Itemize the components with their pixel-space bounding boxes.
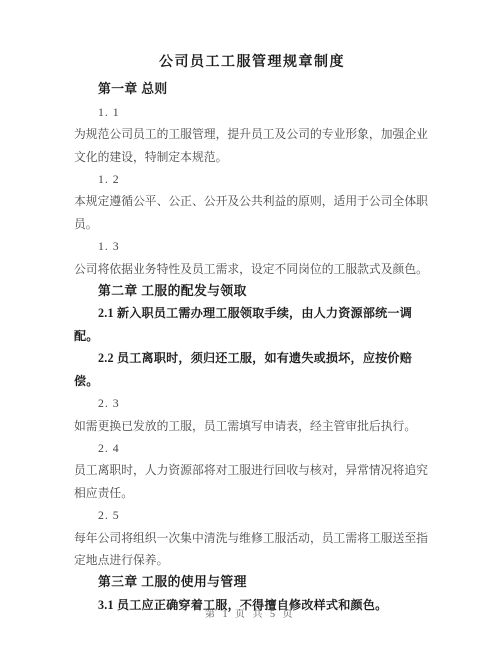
document-title: 公司员工工服管理规章制度 bbox=[74, 52, 430, 74]
clause-1-2-text: 本规定遵循公平、公正、公开及公共利益的原则，适用于公司全体职员。 bbox=[74, 190, 430, 235]
clause-1-1-text: 为规范公司员工的工服管理，提升员工及公司的专业形象，加强企业文化的建设，特制定本… bbox=[74, 123, 430, 168]
chapter-2-heading: 第二章 工服的配发与领取 bbox=[74, 280, 430, 302]
clause-2-5-text: 每年公司将组织一次集中清洗与维修工服活动，员工需将工服送至指定地点进行保养。 bbox=[74, 527, 430, 572]
clause-2-5-number: 2. 5 bbox=[74, 504, 430, 526]
clause-1-1-number: 1. 1 bbox=[74, 101, 430, 123]
chapter-3-heading: 第三章 工服的使用与管理 bbox=[74, 571, 430, 593]
clause-1-2-number: 1. 2 bbox=[74, 168, 430, 190]
chapter-1-heading: 第一章 总则 bbox=[74, 78, 430, 100]
page-footer: 第 1 页 共 5 页 bbox=[0, 605, 500, 620]
clause-2-3-text: 如需更换已发放的工服，员工需填写申请表，经主管审批后执行。 bbox=[74, 415, 430, 437]
clause-2-3-number: 2. 3 bbox=[74, 392, 430, 414]
document-content: 公司员工工服管理规章制度 第一章 总则 1. 1 为规范公司员工的工服管理，提升… bbox=[74, 0, 430, 616]
clause-1-3-number: 1. 3 bbox=[74, 235, 430, 257]
clause-2-2-text: 2.2 员工离职时，须归还工服，如有遗失或损坏，应按价赔偿。 bbox=[74, 347, 430, 392]
clause-2-4-number: 2. 4 bbox=[74, 437, 430, 459]
clause-1-3-text: 公司将依据业务特性及员工需求，设定不同岗位的工服款式及颜色。 bbox=[74, 258, 430, 280]
document-page: 公司员工工服管理规章制度 第一章 总则 1. 1 为规范公司员工的工服管理，提升… bbox=[0, 0, 500, 647]
clause-2-1-text: 2.1 新入职员工需办理工服领取手续，由人力资源部统一调配。 bbox=[74, 302, 430, 347]
clause-2-4-text: 员工离职时，人力资源部将对工服进行回收与核对，异常情况将追究相应责任。 bbox=[74, 459, 430, 504]
